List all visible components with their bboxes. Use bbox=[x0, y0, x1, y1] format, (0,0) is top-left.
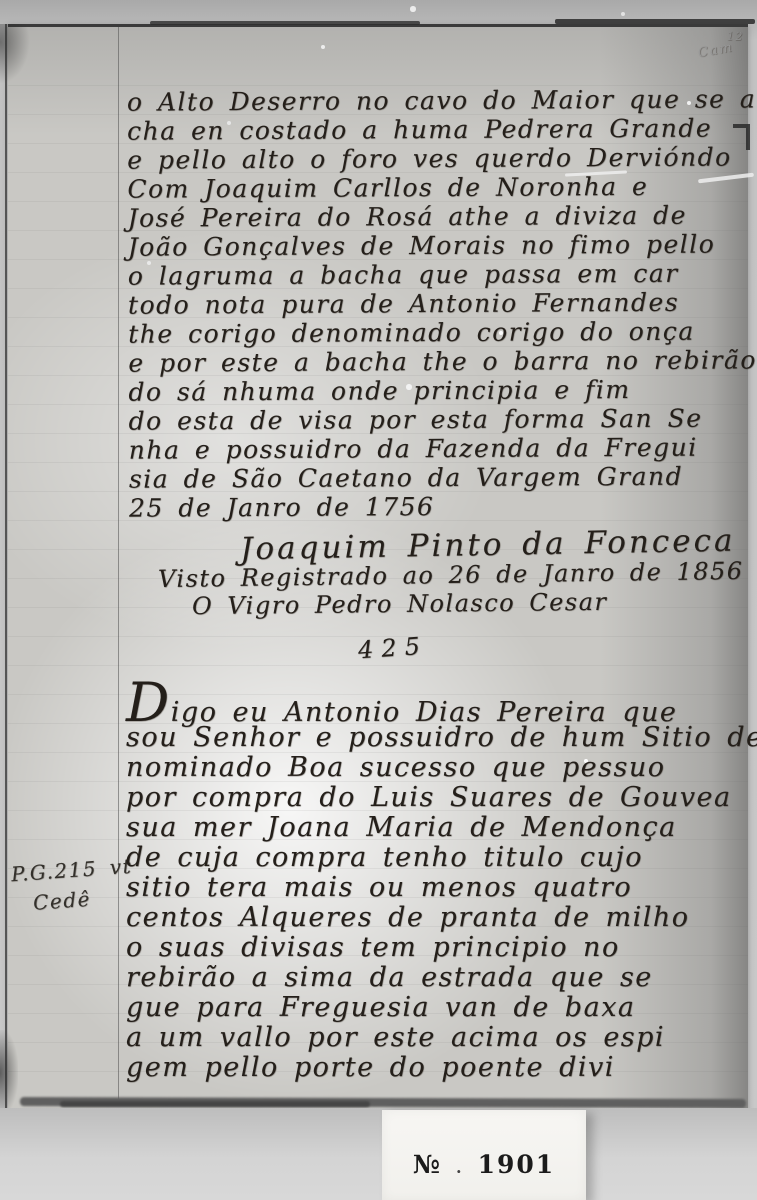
text-line: o Alto Deserro no cavo do Maior que se a bbox=[127, 84, 757, 116]
dust-specks bbox=[0, 0, 2, 2]
record-number-heading: 425 bbox=[357, 632, 429, 665]
text-line: the corigo denominado corigo do onça bbox=[128, 316, 757, 348]
text-line: e pello alto o foro ves querdo Dervióndo bbox=[127, 142, 757, 174]
text-line: rebirão a sima da estrada que se bbox=[126, 962, 757, 992]
binding-edge-line bbox=[5, 24, 7, 1108]
text-line: todo nota pura de Antonio Fernandes bbox=[128, 287, 757, 319]
page-top-edge-shadow bbox=[555, 19, 755, 24]
text-line: José Pereira do Rosá athe a diviza de bbox=[127, 200, 757, 232]
text-line: a um vallo por este acima os espi bbox=[126, 1022, 757, 1052]
numero-sign: № bbox=[413, 1150, 442, 1179]
page-top-edge-shadow bbox=[150, 21, 420, 25]
edge-shadow-bottom-left bbox=[0, 1030, 18, 1115]
text-line: sou Senhor e possuidro de hum Sitio de bbox=[126, 722, 757, 752]
archive-number-card: № . 1901 bbox=[382, 1110, 586, 1200]
archive-number: № . 1901 bbox=[382, 1150, 586, 1179]
text-line: gem pello porte do poente divi bbox=[126, 1052, 757, 1082]
text-line: sitio tera mais ou menos quatro bbox=[126, 872, 757, 902]
text-line: sua mer Joana Maria de Mendonça bbox=[126, 812, 757, 842]
text-line: por compra do Luis Suares de Gouvea bbox=[126, 782, 757, 812]
edge-shadow-top-left bbox=[0, 24, 30, 84]
text-line: cha en costado a huma Pedrera Grande bbox=[127, 113, 757, 145]
date-line: 25 de Janro de 1756 bbox=[129, 490, 757, 522]
text-line: centos Alqueres de pranta de milho bbox=[126, 902, 757, 932]
marginal-note: P.G.215 vt Cedê bbox=[10, 854, 135, 916]
page-bottom-edge-shadow bbox=[60, 1101, 370, 1107]
handwritten-paragraph-top: o Alto Deserro no cavo do Maior que se a… bbox=[127, 84, 757, 522]
vicar-signature-line: O Vigro Pedro Nolasco Cesar bbox=[192, 588, 608, 620]
text-line: nominado Boa sucesso que pessuo bbox=[126, 752, 757, 782]
text-line: gue para Freguesia van de baxa bbox=[126, 992, 757, 1022]
text-line: o suas divisas tem principio no bbox=[126, 932, 757, 962]
text-line: sia de São Caetano da Vargem Grand bbox=[129, 461, 757, 493]
scanned-manuscript-photo: 12 Cam o Alto Deserro no cavo do Maior q… bbox=[0, 0, 757, 1200]
text-line: Digo eu Antonio Dias Pereira que bbox=[126, 692, 757, 722]
text-line: e por este a bacha the o barra no rebirã… bbox=[128, 345, 757, 377]
archive-number-value: 1901 bbox=[478, 1150, 556, 1179]
text-line: nha e possuidro da Fazenda da Fregui bbox=[129, 432, 757, 464]
text-line: João Gonçalves de Morais no fimo pello bbox=[128, 229, 757, 261]
text-line: o lagruma a bacha que passa em car bbox=[128, 258, 757, 290]
backdrop-below-page bbox=[0, 1108, 757, 1200]
text-line: de cuja compra tenho titulo cujo bbox=[126, 842, 757, 872]
text-line: Com Joaquim Carllos de Noronha e bbox=[127, 171, 757, 203]
margin-rule-line bbox=[118, 27, 119, 1103]
separator-dot: . bbox=[456, 1158, 464, 1177]
text-line: do sá nhuma onde principia e fim bbox=[128, 374, 757, 406]
handwritten-paragraph-bottom: Digo eu Antonio Dias Pereira que sou Sen… bbox=[126, 692, 757, 1082]
text-line: do esta de visa por esta forma San Se bbox=[129, 403, 757, 435]
